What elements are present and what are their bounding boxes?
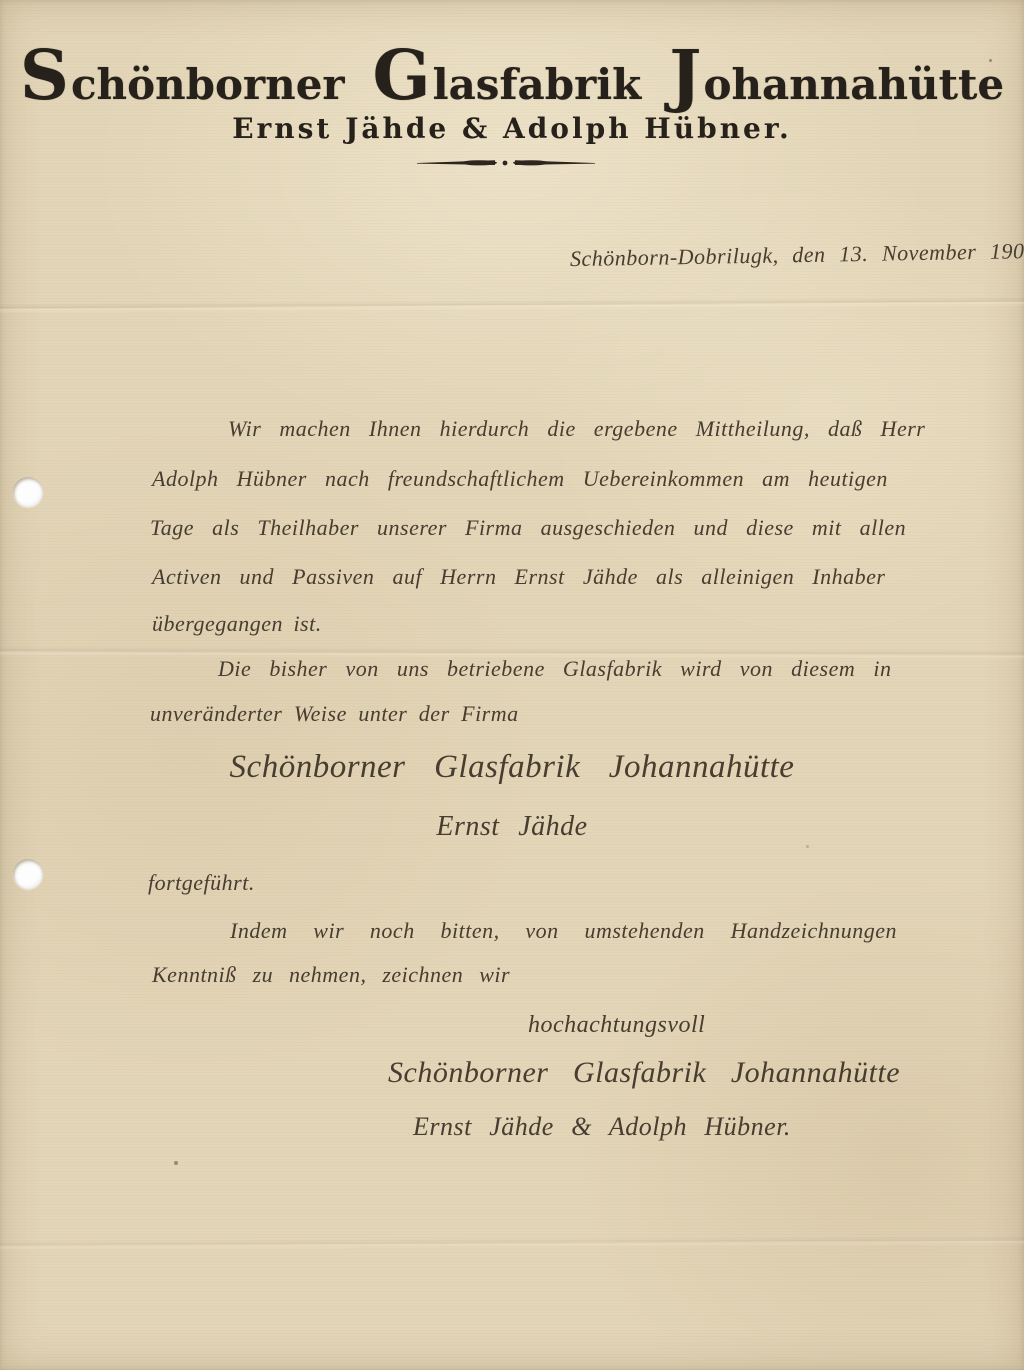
firm-name-display: Schönborner Glasfabrik Johannahütte [0,750,1024,784]
paper-speck [174,1161,178,1165]
punch-hole-top [13,477,43,507]
closing-salutation: hochachtungsvoll [528,1008,705,1042]
letter-line: Activen und Passiven auf Herrn Ernst Jäh… [152,560,885,594]
letterhead-proprietors: Ernst Jähde & Adolph Hübner. [0,112,1024,145]
letter-line: unveränderter Weise unter der Firma [150,697,519,731]
punch-hole-bottom [13,859,43,889]
letter-line: fortgeführt. [148,866,255,900]
letter-line: Wir machen Ihnen hierdurch die ergebene … [228,412,925,446]
firm-owner-display: Ernst Jähde [0,810,1024,844]
signature-company: Schönborner Glasfabrik Johannahütte [388,1056,900,1090]
letter-line: Adolph Hübner nach freundschaftlichem Ue… [152,462,888,496]
paper-crease [0,296,1024,313]
letter-line: Kenntniß zu nehmen, zeichnen wir [152,958,510,992]
letter-line: übergegangen ist. [152,607,322,641]
letter-line: Die bisher von uns betriebene Glasfabrik… [218,652,891,686]
letter-page: SchönbornerGlasfabrikJohannahütte Ernst … [0,0,1024,1370]
paper-crease [0,1235,1024,1250]
signature-names: Ernst Jähde & Adolph Hübner. [413,1110,791,1144]
divider-ornament [417,156,595,174]
dateline: Schönborn-Dobrilugk, den 13. November 19… [570,234,1024,276]
paper-speck [806,845,809,848]
letter-line: Tage als Theilhaber unserer Firma ausges… [150,511,906,545]
letter-line: Indem wir noch bitten, von umstehenden H… [230,914,897,948]
